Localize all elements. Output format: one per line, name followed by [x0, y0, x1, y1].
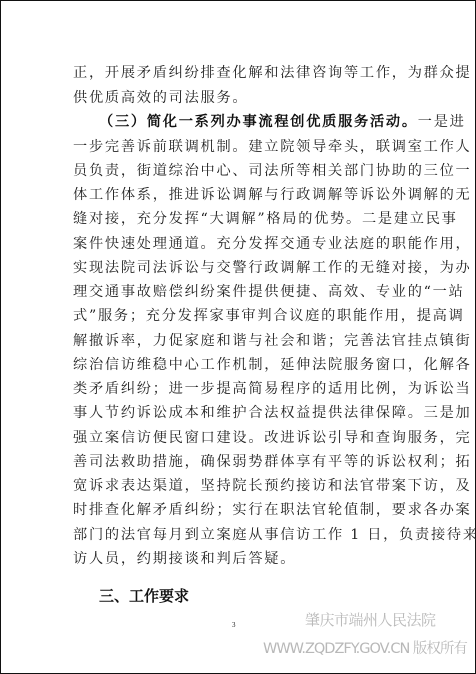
body-line: 时排查化解矛盾纠纷；实行在职法官轮值制，要求各办案 [73, 500, 403, 520]
subsection-title: （三）简化一系列办事流程创优质服务活动。 [99, 114, 418, 130]
body-line: 体工作体系，推进诉讼调解与行政调解等诉讼外调解的无 [73, 185, 403, 205]
body-line: 员负责，街道综治中心、司法所等相关部门协助的三位一 [73, 161, 403, 181]
watermark-copyright: WWW.ZQDZFY.GOV.CN 版权所有 [263, 637, 467, 658]
watermark-court-name: 肇庆市端州人民法院 [305, 609, 436, 630]
body-line: 式”服务；充分发挥家事审判合议庭的职能作用，提高调 [73, 306, 403, 326]
body-line: 案件快速处理通道。充分发挥交通专业法庭的职能作用， [73, 234, 403, 254]
body-line: 强立案信访便民窗口建设。改进诉讼引导和查询服务，完 [73, 428, 403, 448]
body-line: 实现法院司法诉讼与交警行政调解工作的无缝对接，为办 [73, 258, 403, 278]
body-line: 访人员，约期接谈和判后答疑。 [73, 549, 403, 569]
body-line: 缝对接，充分发挥“大调解”格局的优势。二是建立民事 [73, 209, 403, 229]
body-line: 善司法救助措施，确保弱势群体享有平等的诉讼权利；拓 [73, 452, 403, 472]
body-text: 一是进 [418, 114, 466, 130]
page-number: 3 [232, 621, 236, 629]
section-heading: 三、工作要求 [99, 585, 189, 607]
body-line: 类矛盾纠纷；进一步提高简易程序的适用比例，为诉讼当 [73, 379, 403, 399]
body-line: 理交通事故赔偿纠纷案件提供便捷、高效、专业的“一站 [73, 282, 403, 302]
body-line: 正，开展矛盾纠纷排查化解和法律咨询等工作，为群众提 [73, 63, 403, 83]
body-line: 供优质高效的司法服务。 [73, 88, 403, 108]
document-page: 正，开展矛盾纠纷排查化解和法律咨询等工作，为群众提 供优质高效的司法服务。 （三… [0, 0, 476, 674]
body-line: 部门的法官每月到立案庭从事信访工作 1 日，负责接待来 [73, 525, 403, 545]
body-line: 宽诉求表达渠道，坚持院长预约接访和法官带案下访，及 [73, 476, 403, 496]
body-line: 解撤诉率，力促家庭和谐与社会和谐；完善法官挂点镇街 [73, 331, 403, 351]
subsection-line: （三）简化一系列办事流程创优质服务活动。一是进 [99, 112, 399, 132]
body-line: 综治信访维稳中心工作机制，延伸法院服务窗口，化解各 [73, 355, 403, 375]
body-line: 事人节约诉讼成本和维护合法权益提供法律保障。三是加 [73, 403, 403, 423]
body-line: 一步完善诉前联调机制。建立院领导牵头，联调室工作人 [73, 137, 403, 157]
